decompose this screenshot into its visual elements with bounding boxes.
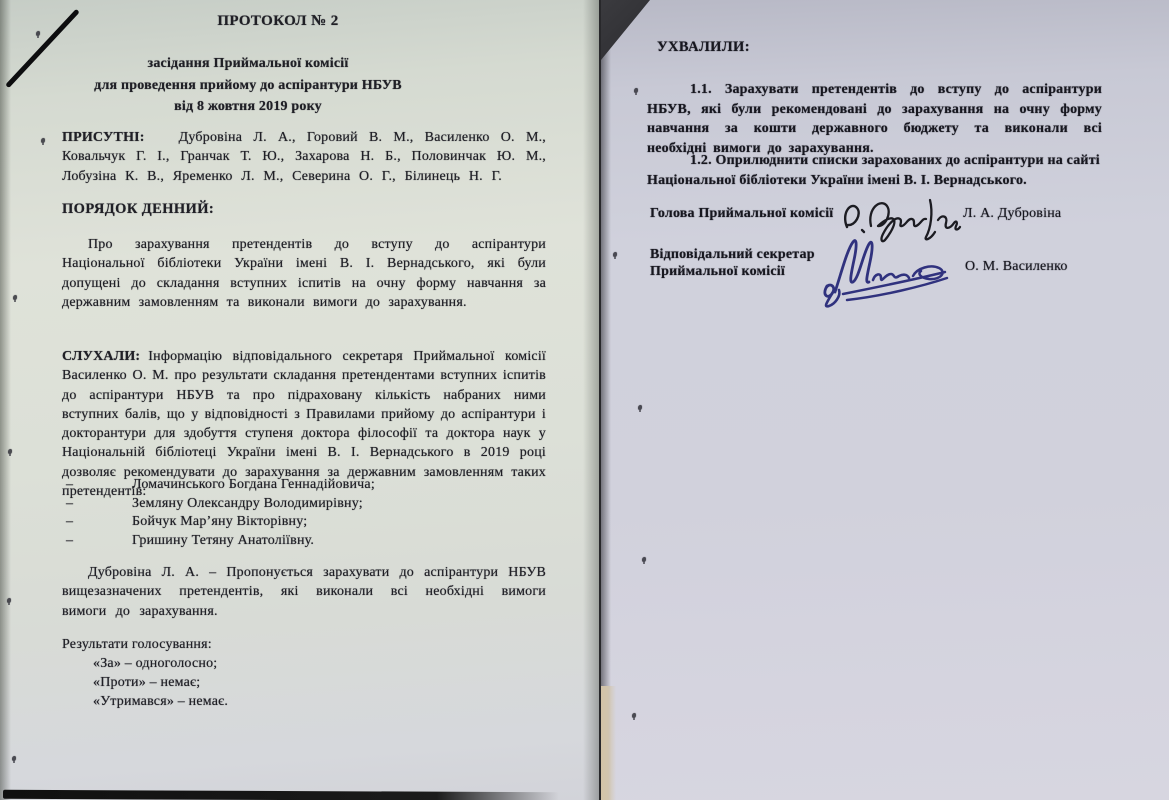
list-dash: – <box>62 475 132 494</box>
ink-speck <box>613 252 617 257</box>
page-corner-shadow <box>601 0 650 60</box>
list-dash: – <box>62 494 132 513</box>
candidate-name: Земляну Олександру Володимирівну; <box>132 496 363 511</box>
signature-role-chair: Голова Приймальної комісії <box>650 204 833 223</box>
voting-heading: Результати голосування: <box>62 635 212 654</box>
page-edge <box>601 686 616 800</box>
subtitle-line: від 8 жовтня 2019 року <box>8 96 488 118</box>
proposal-paragraph: Дубровіна Л. А. – Пропонується зарахуват… <box>62 563 546 621</box>
meeting-subtitle: засідання Приймальної комісії для провед… <box>8 53 488 118</box>
list-dash: – <box>62 531 132 550</box>
ink-speck <box>642 557 646 562</box>
scan-edge-shadow <box>3 790 559 800</box>
voting-result-item: «Проти» – немає; <box>93 673 200 692</box>
subtitle-line: засідання Приймальної комісії <box>8 53 488 75</box>
subtitle-line: для проведення прийому до аспірантури НБ… <box>8 75 488 97</box>
candidate-name: Ломачинського Богдана Геннадійовича; <box>132 477 375 492</box>
ink-speck <box>12 756 16 761</box>
candidate-item: –Земляну Олександру Володимирівну; <box>62 494 546 513</box>
candidate-name: Бойчук Мар’яну Вікторівну; <box>132 514 307 529</box>
ink-speck <box>8 449 12 454</box>
resolution-item: 1.2. Оприлюднити списки зарахованих до а… <box>647 151 1107 190</box>
ink-speck <box>634 88 638 93</box>
candidate-item: –Бойчук Мар’яну Вікторівну; <box>62 512 546 531</box>
signature-role-secretary-line2: Приймальної комісії <box>650 262 785 281</box>
ink-speck <box>41 138 45 143</box>
right-page: УХВАЛИЛИ: 1.1. Зарахувати претендентів д… <box>601 0 1169 800</box>
candidate-item: –Гришину Тетяну Анатоліївну. <box>62 531 546 550</box>
ink-speck <box>7 598 11 603</box>
ink-speck <box>632 713 636 718</box>
left-page: ПРОТОКОЛ № 2 засідання Приймальної коміс… <box>0 0 599 800</box>
agenda-paragraph: Про зарахування претендентів до вступу д… <box>62 235 546 312</box>
scanned-document: ПРОТОКОЛ № 2 засідання Приймальної коміс… <box>0 0 1169 800</box>
ink-speck <box>36 31 40 36</box>
agenda-heading: ПОРЯДОК ДЕННИЙ: <box>62 200 214 219</box>
resolution-item: 1.1. Зарахувати претендентів до вступу д… <box>647 80 1102 158</box>
resolved-heading: УХВАЛИЛИ: <box>657 38 750 57</box>
candidate-name: Гришину Тетяну Анатоліївну. <box>132 533 314 548</box>
secretary-signature <box>813 234 953 308</box>
heard-label: СЛУХАЛИ: <box>62 349 140 364</box>
voting-result-item: «Утримався» – немає. <box>93 692 228 711</box>
candidate-item: –Ломачинського Богдана Геннадійовича; <box>62 475 546 494</box>
protocol-title: ПРОТОКОЛ № 2 <box>38 12 518 31</box>
list-dash: – <box>62 512 132 531</box>
present-label: ПРИСУТНІ: <box>62 130 145 145</box>
present-paragraph: ПРИСУТНІ:Дубровіна Л. А., Горовий В. М.,… <box>62 128 546 186</box>
signature-name-secretary: О. М. Василенко <box>965 257 1068 276</box>
ink-speck <box>13 295 17 300</box>
signature-name-chair: Л. А. Дубровіна <box>963 204 1061 223</box>
ink-speck <box>638 405 642 410</box>
voting-result-item: «За» – одноголосно; <box>93 654 217 673</box>
